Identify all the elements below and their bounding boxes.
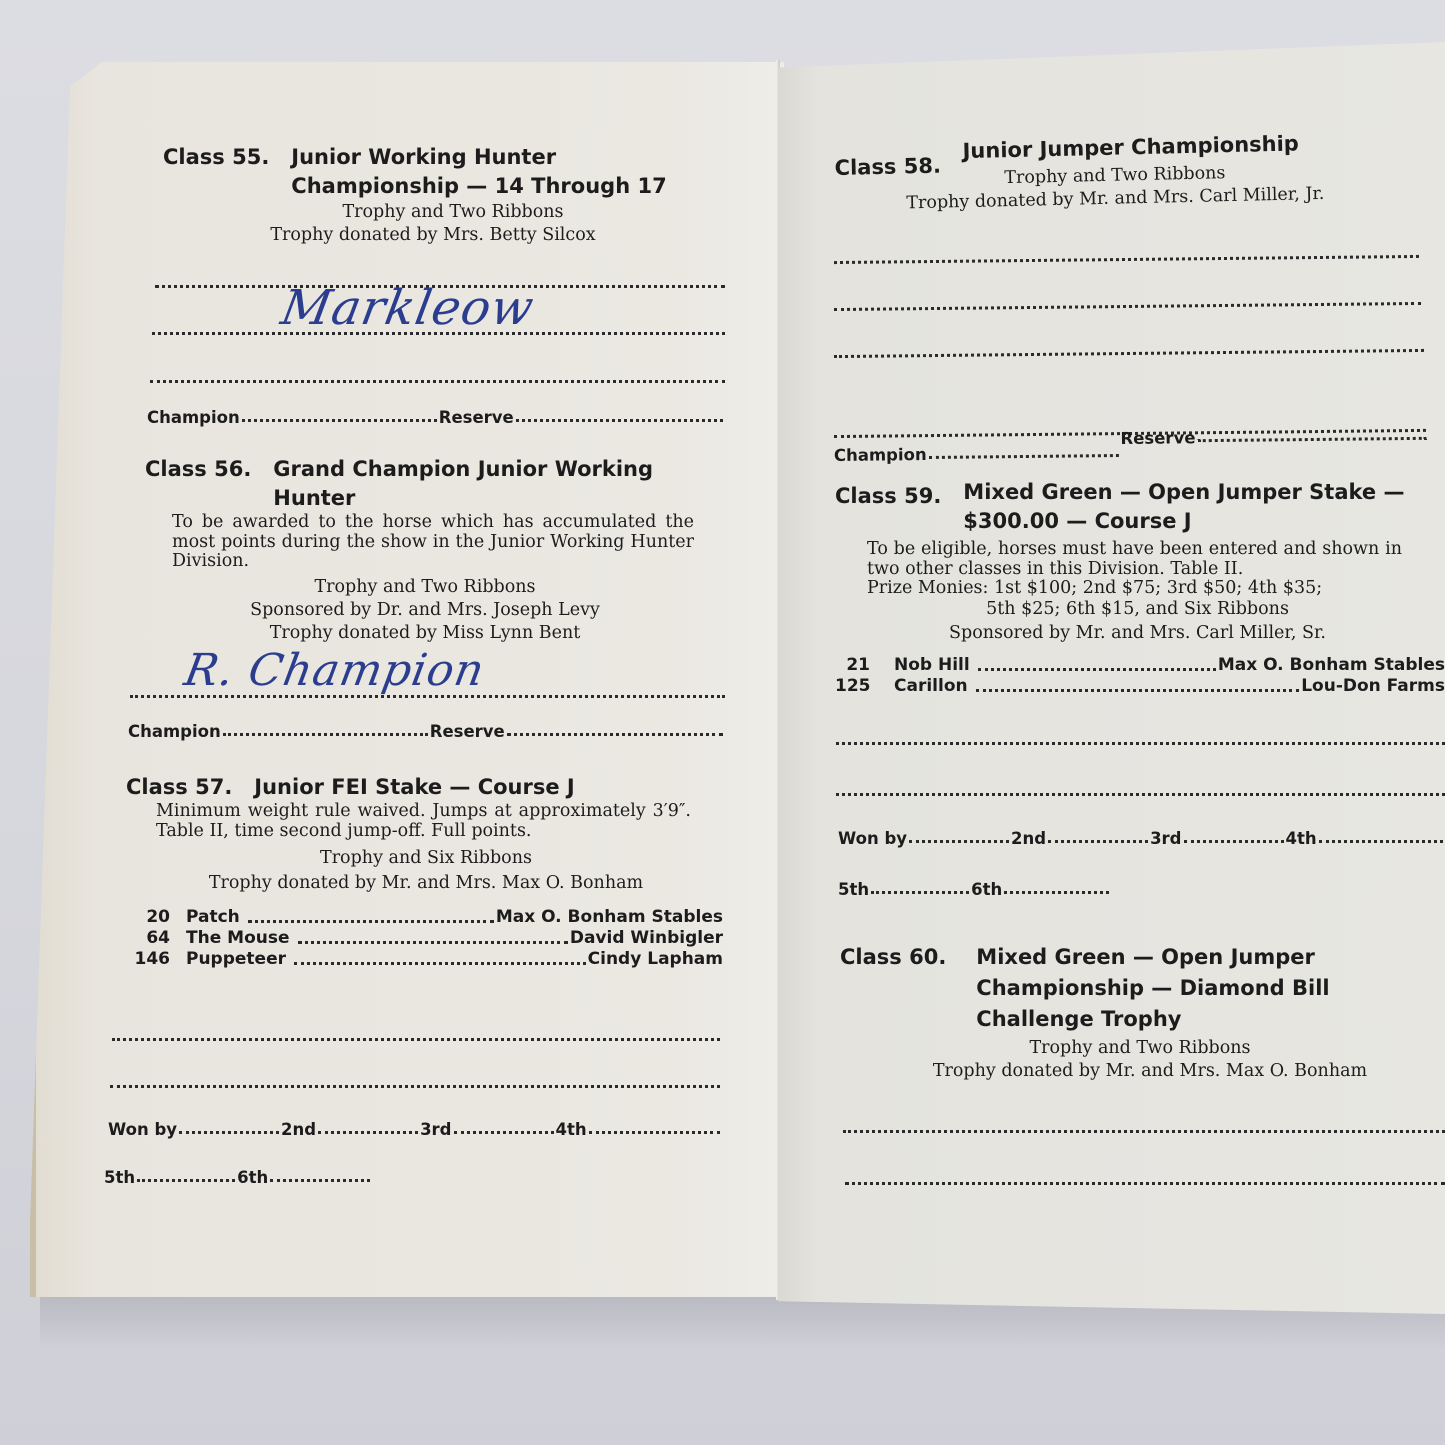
entry-row: 64 The Mouse David Winbigler <box>126 928 723 949</box>
class-title: Mixed Green — Open Jumper Stake — $300.0… <box>963 478 1433 536</box>
class-donor: Trophy donated by Mr. and Mrs. Max O. Bo… <box>126 872 726 895</box>
result-line <box>843 1130 1445 1133</box>
entry-number: 21 <box>835 655 870 676</box>
second-place-field[interactable] <box>1048 840 1148 843</box>
class-award: Trophy and Two Ribbons <box>145 576 705 599</box>
result-line <box>130 695 725 698</box>
result-line <box>112 1038 720 1041</box>
class-58: Class 58. Junior Jumper Championship Tro… <box>834 127 1396 217</box>
result-line <box>845 1182 1445 1185</box>
class-sponsor: Sponsored by Mr. and Mrs. Carl Miller, S… <box>835 620 1440 647</box>
result-line <box>110 1085 720 1088</box>
class-description: Minimum weight rule waived. Jumps at app… <box>156 802 691 841</box>
champion-field[interactable] <box>929 454 1119 459</box>
horse-name: Carillon <box>894 676 968 697</box>
result-line <box>836 742 1445 745</box>
champion-label: Champion <box>128 722 221 741</box>
class-number: Class 59. <box>835 478 941 536</box>
class-number: Class 60. <box>840 942 946 1035</box>
owner-name: Cindy Lapham <box>588 949 723 970</box>
class-donor: Trophy donated by Mr. and Mrs. Max O. Bo… <box>860 1060 1440 1083</box>
second-label: 2nd <box>1011 829 1046 848</box>
fourth-place-field[interactable] <box>589 1131 720 1134</box>
handwritten-winner: Markleow <box>277 280 538 336</box>
class-57: Class 57. Junior FEI Stake — Course J Mi… <box>126 773 726 970</box>
entry-row: 146 Puppeteer Cindy Lapham <box>126 949 723 970</box>
third-label: 3rd <box>420 1120 451 1139</box>
entry-number: 20 <box>126 907 170 928</box>
class-donor: Trophy donated by Miss Lynn Bent <box>145 622 705 645</box>
fifth-label: 5th <box>104 1168 135 1187</box>
sixth-label: 6th <box>237 1168 268 1187</box>
champion-label: Champion <box>147 408 240 427</box>
reserve-field[interactable] <box>507 733 723 736</box>
entries-list: 20 Patch Max O. Bonham Stables 64 The Mo… <box>126 907 723 970</box>
entry-number: 125 <box>835 676 870 697</box>
class-number: Class 58. <box>834 138 941 183</box>
class-award: Trophy and Six Ribbons <box>126 847 726 870</box>
placings-row-2: 5th 6th <box>838 880 1111 899</box>
third-label: 3rd <box>1150 829 1181 848</box>
reserve-field[interactable] <box>516 419 723 422</box>
champion-reserve-row: Champion Reserve <box>834 426 1429 465</box>
champion-field[interactable] <box>242 419 437 422</box>
won-by-label: Won by <box>108 1120 177 1139</box>
third-place-field[interactable] <box>1184 840 1284 843</box>
class-number: Class 56. <box>145 455 251 513</box>
class-title: Mixed Green — Open Jumper Championship —… <box>976 942 1396 1035</box>
horse-name: Nob Hill <box>894 655 970 676</box>
first-place-field[interactable] <box>909 840 1009 843</box>
class-description: To be awarded to the horse which has acc… <box>172 513 694 572</box>
sixth-place-field[interactable] <box>270 1179 370 1182</box>
reserve-label: Reserve <box>430 722 505 741</box>
reserve-field[interactable] <box>1197 437 1426 442</box>
third-place-field[interactable] <box>454 1131 554 1134</box>
fifth-place-field[interactable] <box>137 1179 235 1182</box>
horse-name: Patch <box>186 907 240 928</box>
entry-row: 21 Nob Hill Max O. Bonham Stables <box>835 655 1445 676</box>
result-line <box>150 380 725 383</box>
entry-number: 64 <box>126 928 170 949</box>
class-56: Class 56. Grand Champion Junior Working … <box>145 455 705 645</box>
class-award: Trophy and Two Ribbons <box>840 1037 1440 1060</box>
fifth-label: 5th <box>838 880 869 899</box>
entries-list: 21 Nob Hill Max O. Bonham Stables 125 Ca… <box>835 655 1445 697</box>
second-label: 2nd <box>281 1120 316 1139</box>
class-number: Class 57. <box>126 773 232 802</box>
class-55: Class 55. Junior Working Hunter Champion… <box>163 143 723 247</box>
champion-reserve-row: Champion Reserve <box>147 408 725 427</box>
owner-name: Max O. Bonham Stables <box>496 907 723 928</box>
horse-name: The Mouse <box>186 928 290 949</box>
won-by-label: Won by <box>838 829 907 848</box>
class-60: Class 60. Mixed Green — Open Jumper Cham… <box>840 942 1440 1083</box>
champion-field[interactable] <box>223 733 428 736</box>
class-59: Class 59. Mixed Green — Open Jumper Stak… <box>835 478 1440 697</box>
class-sponsor: Sponsored by Dr. and Mrs. Joseph Levy <box>145 599 705 622</box>
fourth-label: 4th <box>556 1120 587 1139</box>
champion-reserve-row: Champion Reserve <box>128 722 725 741</box>
champion-label: Champion <box>834 445 927 465</box>
owner-name: David Winbigler <box>570 928 723 949</box>
class-donor: Trophy donated by Mrs. Betty Silcox <box>143 224 723 247</box>
prize-monies: Prize Monies: 1st $100; 2nd $75; 3rd $50… <box>867 579 1407 599</box>
owner-name: Lou-Don Farms <box>1301 676 1445 697</box>
class-description: To be eligible, horses must have been en… <box>867 540 1402 579</box>
reserve-label: Reserve <box>1120 428 1195 448</box>
result-line <box>836 793 1445 796</box>
class-number: Class 55. <box>163 143 269 201</box>
owner-name: Max O. Bonham Stables <box>1218 655 1445 676</box>
handwritten-champion: R. Champion <box>181 645 489 696</box>
placings-row: Won by 2nd 3rd 4th <box>838 829 1445 848</box>
prize-monies-cont: 5th $25; 6th $15, and Six Ribbons <box>835 599 1440 620</box>
class-title: Junior Working Hunter Championship — 14 … <box>291 143 691 201</box>
placings-row-2: 5th 6th <box>104 1168 372 1187</box>
entry-row: 125 Carillon Lou-Don Farms <box>835 676 1445 697</box>
placings-row: Won by 2nd 3rd 4th <box>108 1120 722 1139</box>
class-award: Trophy and Two Ribbons <box>183 201 723 224</box>
first-place-field[interactable] <box>179 1131 279 1134</box>
entry-number: 146 <box>126 949 170 970</box>
fourth-place-field[interactable] <box>1319 840 1443 843</box>
class-title: Junior FEI Stake — Course J <box>254 773 674 802</box>
entry-row: 20 Patch Max O. Bonham Stables <box>126 907 723 928</box>
fifth-place-field[interactable] <box>871 891 969 894</box>
sixth-label: 6th <box>971 880 1002 899</box>
class-title: Grand Champion Junior Working Hunter <box>273 455 703 513</box>
reserve-label: Reserve <box>439 408 514 427</box>
sixth-place-field[interactable] <box>1004 891 1109 894</box>
fourth-label: 4th <box>1286 829 1317 848</box>
second-place-field[interactable] <box>318 1131 418 1134</box>
horse-name: Puppeteer <box>186 949 286 970</box>
